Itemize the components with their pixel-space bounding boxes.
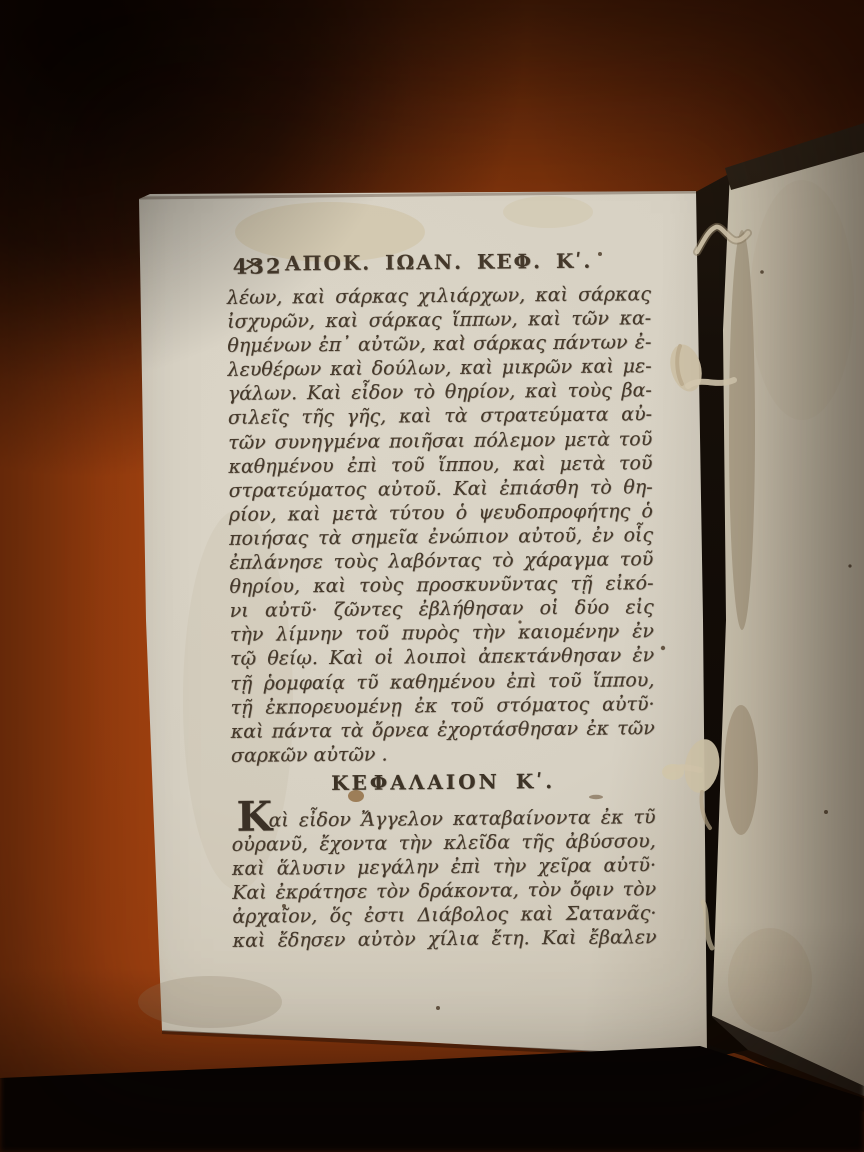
text-line: ἰσχυρῶν, καὶ σάρκας ἵππων, καὶ τῶν κα-	[227, 306, 651, 334]
text-line: αὶ εἶδον Ἄγγελον καταβαίνοντα ἐκ τῦ	[231, 805, 655, 833]
body-paragraph: λέων, καὶ σάρκας χιλιάρχων, καὶ σάρκαςἰσ…	[227, 282, 655, 768]
text-line: καὶ ἔδησεν αὐτὸν χίλια ἔτη. Καὶ ἔβαλεν	[232, 925, 656, 953]
text-line: καὶ ἅλυσιν μεγάλην ἐπὶ τὴν χεῖρα αὐτῦ·	[232, 853, 656, 881]
text-line: ἐπλάνησε τοὺς λαβόντας τὸ χάραγμα τοῦ	[229, 547, 653, 575]
text-line: τῇ ῥομφαίᾳ τῦ καθημένου ἐπὶ τοῦ ἵππου,	[230, 668, 654, 696]
text-line: στρατεύματος αὐτοῦ. Καὶ ἐπιάσθη τὸ θη-	[229, 475, 653, 503]
text-line: καθημένου ἐπὶ τοῦ ἵππου, καὶ μετὰ τοῦ	[228, 451, 652, 479]
page-number: 432	[233, 253, 283, 278]
page-header: 432 ΑΠΟΚ. ΙΩΑΝ. ΚΕΦ. Κʹ.	[227, 248, 651, 282]
text-line: τὴν λίμνην τοῦ πυρὸς τὴν καιομένην ἐν	[230, 619, 654, 647]
text-line: θημένων ἐπ᾽ αὐτῶν, καὶ σάρκας πάντων ἐ-	[227, 330, 651, 358]
text-line: τῇ ἐκπορευομένῃ ἐκ τοῦ στόματος αὐτῦ·	[230, 692, 654, 720]
text-line: λευθέρων καὶ δούλων, καὶ μικρῶν καὶ με-	[227, 354, 651, 382]
text-line: σιλεῖς τῆς γῆς, καὶ τὰ στρατεύματα αὐ-	[228, 403, 652, 431]
text-line: σαρκῶν αὐτῶν .	[231, 740, 655, 768]
book-photo: 432 ΑΠΟΚ. ΙΩΑΝ. ΚΕΦ. Κʹ. λέων, καὶ σάρκα…	[0, 0, 864, 1152]
text-line: ρίον, καὶ μετὰ τύτου ὁ ψευδοπροφήτης ὁ	[229, 499, 653, 527]
text-line: ποιήσας τὰ σημεῖα ἐνώπιον αὐτοῦ, ἐν οἷς	[229, 523, 653, 551]
chapter-heading: ΚΕΦΑΛΑΙΟΝ Κʹ.	[231, 767, 655, 797]
text-line: λέων, καὶ σάρκας χιλιάρχων, καὶ σάρκας	[227, 282, 651, 310]
page-content: 432 ΑΠΟΚ. ΙΩΑΝ. ΚΕΦ. Κʹ. λέων, καὶ σάρκα…	[227, 248, 657, 953]
chapter-paragraph: Κ αὶ εἶδον Ἄγγελον καταβαίνοντα ἐκ τῦοὐρ…	[231, 805, 656, 953]
text-line: ἀρχαῖον, ὅς ἐστι Διάβολος καὶ Σατανᾶς·	[232, 901, 656, 929]
drop-cap: Κ	[231, 803, 268, 828]
text-line: γάλων. Καὶ εἶδον τὸ θηρίον, καὶ τοὺς βα-	[228, 379, 652, 407]
text-line: καὶ πάντα τὰ ὄρνεα ἐχορτάσθησαν ἐκ τῶν	[231, 716, 655, 744]
text-line: Καὶ ἐκράτησε τὸν δράκοντα, τὸν ὄφιν τὸν	[232, 877, 656, 905]
running-title: ΑΠΟΚ. ΙΩΑΝ. ΚΕΦ. Κʹ.	[227, 248, 651, 276]
text-line: τῷ θείῳ. Καὶ οἱ λοιποὶ ἀπεκτάνθησαν ἐν	[230, 644, 654, 672]
text-line: νι αὐτῦ· ζῶντες ἐβλήθησαν οἱ δύο εἰς	[230, 595, 654, 623]
text-line: θηρίου, καὶ τοὺς προσκυνῦντας τῇ εἰκό-	[229, 571, 653, 599]
text-line: οὐρανῦ, ἔχοντα τὴν κλεῖδα τῆς ἀβύσσου,	[232, 829, 656, 857]
text-line: τῶν συνηγμένα ποιῆσαι πόλεμον μετὰ τοῦ	[228, 427, 652, 455]
